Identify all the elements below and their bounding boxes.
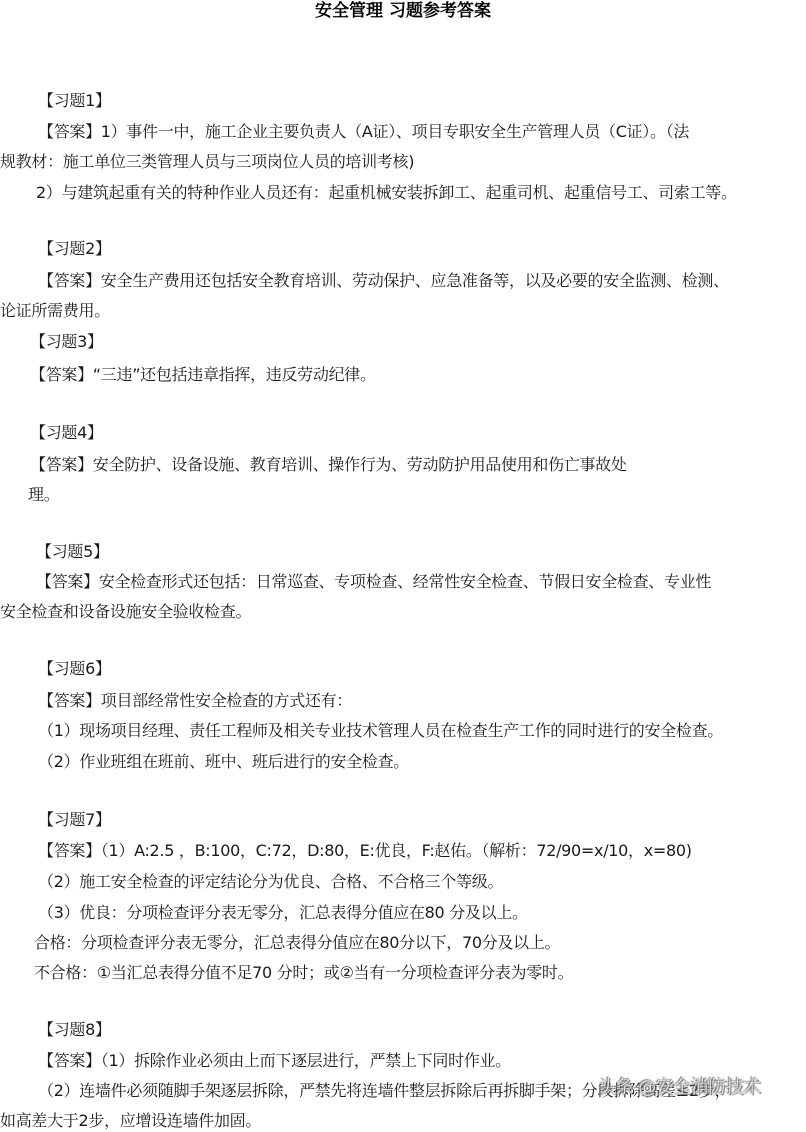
exercise-2-answer-line: 论证所需费用。 [0,300,110,322]
exercise-6-heading: 【习题6】 [38,658,111,680]
exercise-5-answer-line: 安全检查和设备设施安全验收检查。 [0,601,251,623]
exercise-3-heading: 【习题3】 [30,331,103,353]
exercise-4-answer-line: 【答案】安全防护、设备设施、教育培训、操作行为、劳动防护用品使用和伤亡事故处 [30,454,627,476]
exercise-7-answer-line: 不合格：①当汇总表得分值不足70 分时；或②当有一分项检查评分表为零时。 [34,962,573,984]
exercise-6-answer-line: （1）现场项目经理、责任工程师及相关专业技术管理人员在检查生产工作的同时进行的安… [38,720,723,742]
exercise-5-answer-line: 【答案】安全检查形式还包括：日常巡查、专项检查、经常性安全检查、节假日安全检查、… [36,571,711,593]
exercise-1-heading: 【习题1】 [38,90,111,112]
page-title: 安全管理 习题参考答案 [0,0,806,22]
exercise-1-answer-line: 【答案】1）事件一中，施工企业主要负责人（A证）、项目专职安全生产管理人员（C证… [38,121,689,143]
exercise-8-answer-line: 如高差大于2步，应增设连墙件加固。 [0,1110,261,1132]
exercise-7-heading: 【习题7】 [38,809,111,831]
exercise-1-answer-line: 2）与建筑起重有关的特种作业人员还有：起重机械安装拆卸工、起重司机、起重信号工、… [36,182,737,204]
watermark: 头条 @安全消防技术 [598,1076,761,1100]
exercise-4-answer-line: 理。 [28,484,59,506]
exercise-4-heading: 【习题4】 [30,422,103,444]
exercise-1-answer-line: 规教材：施工单位三类管理人员与三项岗位人员的培训考核) [0,151,414,173]
exercise-8-heading: 【习题8】 [38,1019,111,1041]
exercise-2-heading: 【习题2】 [38,238,111,260]
exercise-2-answer-line: 【答案】安全生产费用还包括安全教育培训、劳动保护、应急准备等，以及必要的安全监测… [38,270,729,292]
exercise-7-answer-line: （2）施工安全检查的评定结论分为优良、合格、不合格三个等级。 [38,871,503,893]
exercise-7-answer-line: 【答案】（1）A:2.5 ，B:100，C:72，D:80，E:优良，F:赵佑。… [38,840,692,862]
exercise-7-answer-line: （3）优良：分项检查评分表无零分，汇总表得分值应在80 分及以上。 [38,902,528,924]
exercise-7-answer-line: 合格：分项检查评分表无零分，汇总表得分值应在80分以下，70分及以上。 [34,932,560,954]
exercise-3-answer-line: 【答案】“三违”还包括违章指挥，违反劳动纪律。 [30,364,376,386]
exercise-6-answer-line: （2）作业班组在班前、班中、班后进行的安全检查。 [38,751,409,773]
exercise-5-heading: 【习题5】 [36,541,109,563]
exercise-8-answer-line: 【答案】（1）拆除作业必须由上而下逐层进行，严禁上下同时作业。 [38,1050,511,1072]
exercise-6-answer-line: 【答案】项目部经常性安全检查的方式还有： [38,690,352,712]
